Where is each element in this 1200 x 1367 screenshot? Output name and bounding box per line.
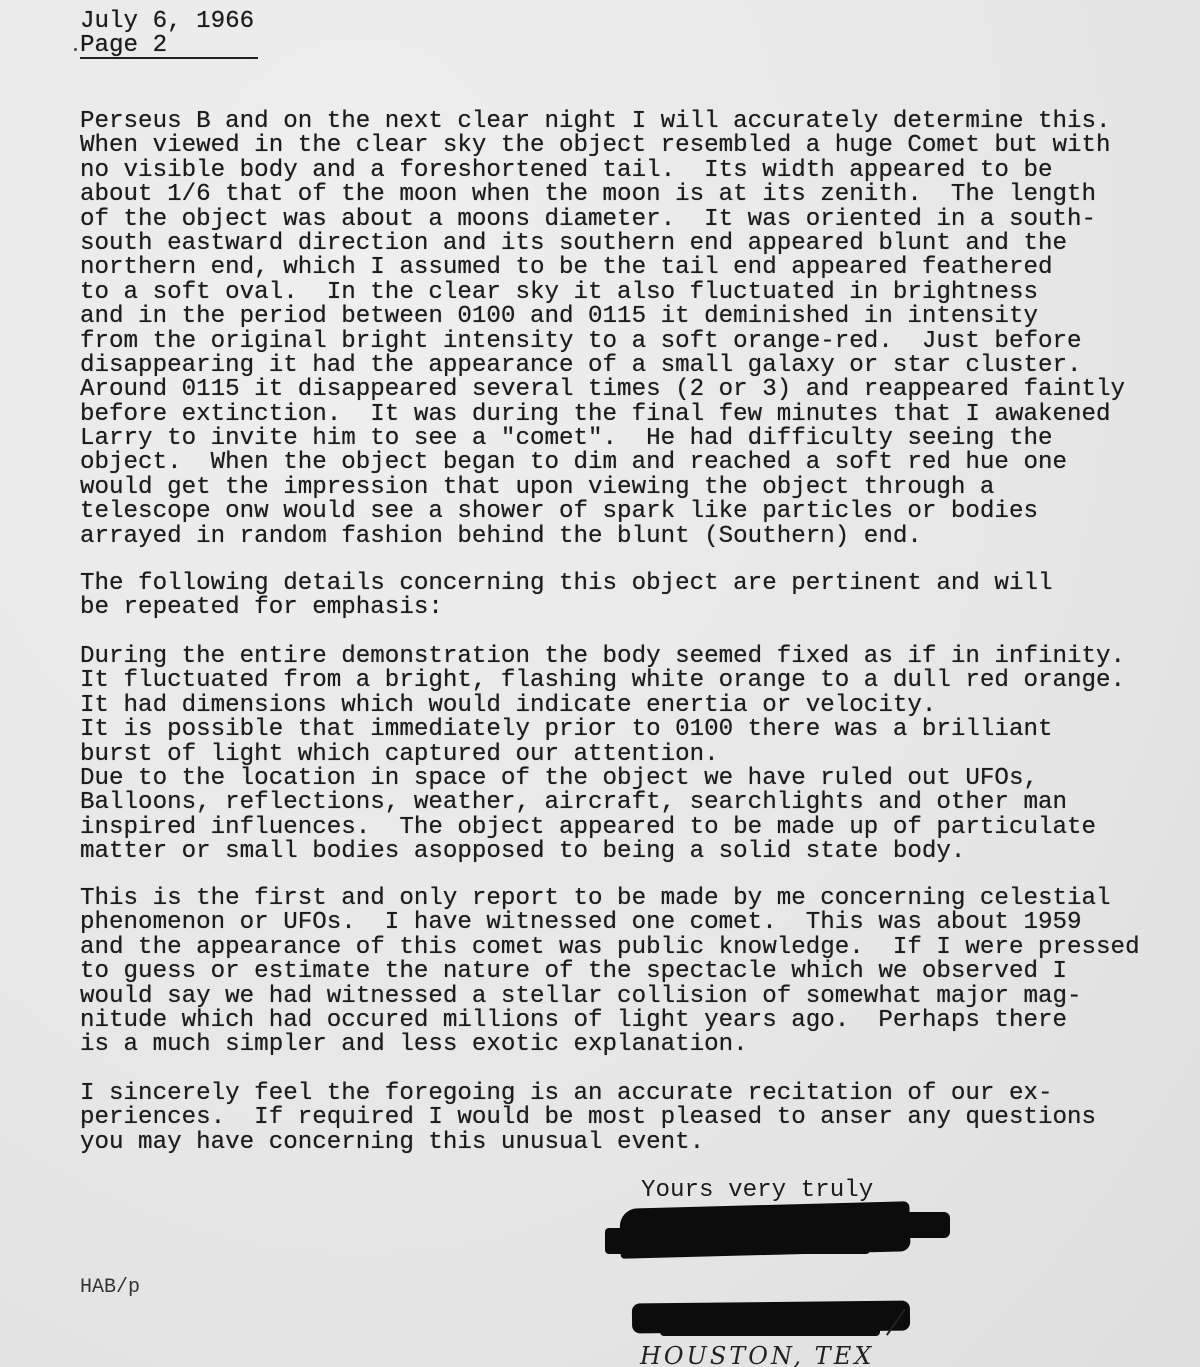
paragraph-details-list: During the entire demonstration the body… <box>80 645 1125 865</box>
text-line: be repeated for emphasis: <box>80 596 1053 620</box>
text-line: When viewed in the clear sky the object … <box>80 134 1125 158</box>
text-line: phenomenon or UFOs. I have witnessed one… <box>80 911 1140 935</box>
typist-initials: HAB/p <box>80 1276 140 1299</box>
text-line: northern end, which I assumed to be the … <box>80 256 1125 280</box>
text-line: and the appearance of this comet was pub… <box>80 936 1140 960</box>
text-line: object. When the object began to dim and… <box>80 451 1125 475</box>
letter-header: July 6, 1966 Page 2 <box>80 10 258 59</box>
text-line: about 1/6 that of the moon when the moon… <box>80 183 1125 207</box>
paragraph-details-intro: The following details concerning this ob… <box>80 572 1053 621</box>
text-line: inspired influences. The object appeared… <box>80 816 1125 840</box>
text-line: no visible body and a foreshortened tail… <box>80 159 1125 183</box>
signature-redaction-lower <box>605 1228 870 1254</box>
text-line: matter or small bodies asopposed to bein… <box>80 840 1125 864</box>
text-line: telescope onw would see a shower of spar… <box>80 500 1125 524</box>
text-line: arrayed in random fashion behind the blu… <box>80 525 1125 549</box>
page-number: Page 2 <box>80 35 258 59</box>
text-line: would say we had witnessed a stellar col… <box>80 985 1140 1009</box>
paragraph-observation: Perseus B and on the next clear night I … <box>80 110 1125 549</box>
handwritten-location: HOUSTON, TEX <box>640 1342 874 1367</box>
text-line: Due to the location in space of the obje… <box>80 767 1125 791</box>
text-line: Larry to invite him to see a "comet". He… <box>80 427 1125 451</box>
text-line: and in the period between 0100 and 0115 … <box>80 305 1125 329</box>
text-line: The following details concerning this ob… <box>80 572 1053 596</box>
paragraph-first-report: This is the first and only report to be … <box>80 887 1140 1058</box>
closing-salutation: Yours very truly <box>641 1179 873 1203</box>
text-line: Balloons, reflections, weather, aircraft… <box>80 791 1125 815</box>
text-line: It had dimensions which would indicate e… <box>80 694 1125 718</box>
text-line: disappearing it had the appearance of a … <box>80 354 1125 378</box>
margin-mark <box>74 48 77 51</box>
text-line: to guess or estimate the nature of the s… <box>80 960 1140 984</box>
text-line: before extinction. It was during the fin… <box>80 403 1125 427</box>
text-line: to a soft oval. In the clear sky it also… <box>80 281 1125 305</box>
address-redaction-lower <box>660 1318 880 1336</box>
text-line: It is possible that immediately prior to… <box>80 718 1125 742</box>
text-line: It fluctuated from a bright, flashing wh… <box>80 669 1125 693</box>
text-line: During the entire demonstration the body… <box>80 645 1125 669</box>
text-line: from the original bright intensity to a … <box>80 330 1125 354</box>
paragraph-closing-statement: I sincerely feel the foregoing is an acc… <box>80 1082 1096 1155</box>
text-line: you may have concerning this unusual eve… <box>80 1131 1096 1155</box>
text-line: of the object was about a moons diameter… <box>80 208 1125 232</box>
text-line: nitude which had occured millions of lig… <box>80 1009 1140 1033</box>
text-line: I sincerely feel the foregoing is an acc… <box>80 1082 1096 1106</box>
text-line: This is the first and only report to be … <box>80 887 1140 911</box>
text-line: burst of light which captured our attent… <box>80 743 1125 767</box>
text-line: south eastward direction and its souther… <box>80 232 1125 256</box>
letter-date: July 6, 1966 <box>80 10 258 34</box>
signature-redaction-tail <box>880 1212 950 1238</box>
text-line: is a much simpler and less exotic explan… <box>80 1033 1140 1057</box>
text-line: would get the impression that upon viewi… <box>80 476 1125 500</box>
text-line: periences. If required I would be most p… <box>80 1106 1096 1130</box>
text-line: Perseus B and on the next clear night I … <box>80 110 1125 134</box>
text-line: Around 0115 it disappeared several times… <box>80 378 1125 402</box>
